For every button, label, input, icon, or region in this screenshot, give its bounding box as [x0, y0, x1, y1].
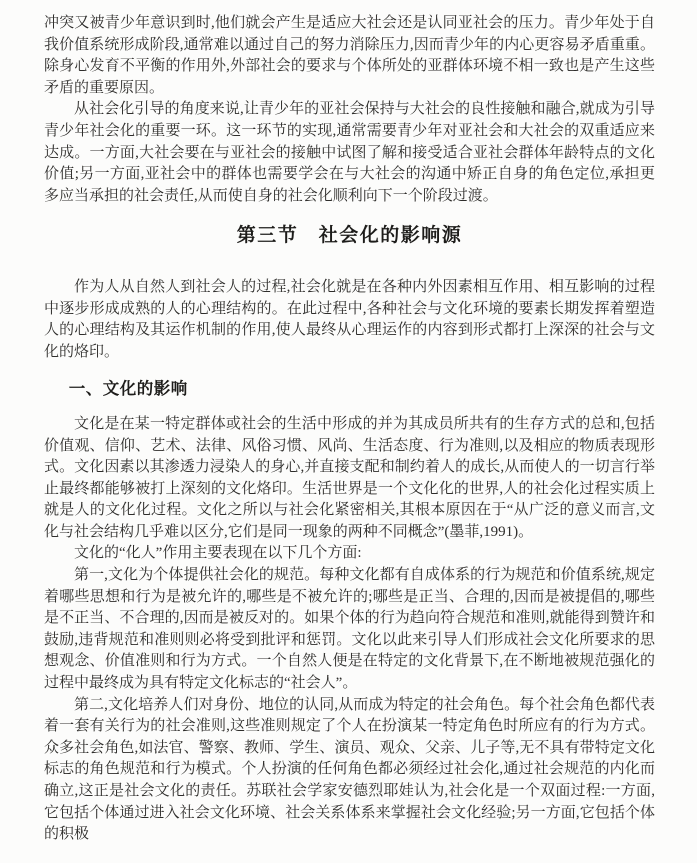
paragraph-culture-definition: 文化是在某一特定群体或社会的生活中形成的并为其成员所共有的生存方式的总和,包括价… [44, 414, 655, 544]
paragraph-section-intro: 作为人从自然人到社会人的过程,社会化就是在各种内外因素相互作用、相互影响的过程中… [44, 277, 655, 363]
subsection-heading-culture-influence: 一、文化的影响 [44, 379, 655, 401]
paragraph-continuation: 冲突又被青少年意识到时,他们就会产生是适应大社会还是认同亚社会的压力。青少年处于… [44, 13, 655, 99]
section-heading: 第三节 社会化的影响源 [44, 225, 655, 247]
paragraph-huaren-lead: 文化的“化人”作用主要表现在以下几个方面: [44, 543, 655, 565]
paragraph-second-point: 第二,文化培养人们对身份、地位的认同,从而成为特定的社会角色。每个社会角色都代表… [44, 695, 655, 846]
book-page: 冲突又被青少年意识到时,他们就会产生是适应大社会还是认同亚社会的压力。青少年处于… [0, 0, 697, 863]
paragraph-first-point: 第一,文化为个体提供社会化的规范。每种文化都有自成体系的行为规范和价值系统,规定… [44, 565, 655, 695]
paragraph-socialization-guidance: 从社会化引导的角度来说,让青少年的亚社会保持与大社会的良性接触和融合,就成为引导… [44, 99, 655, 207]
